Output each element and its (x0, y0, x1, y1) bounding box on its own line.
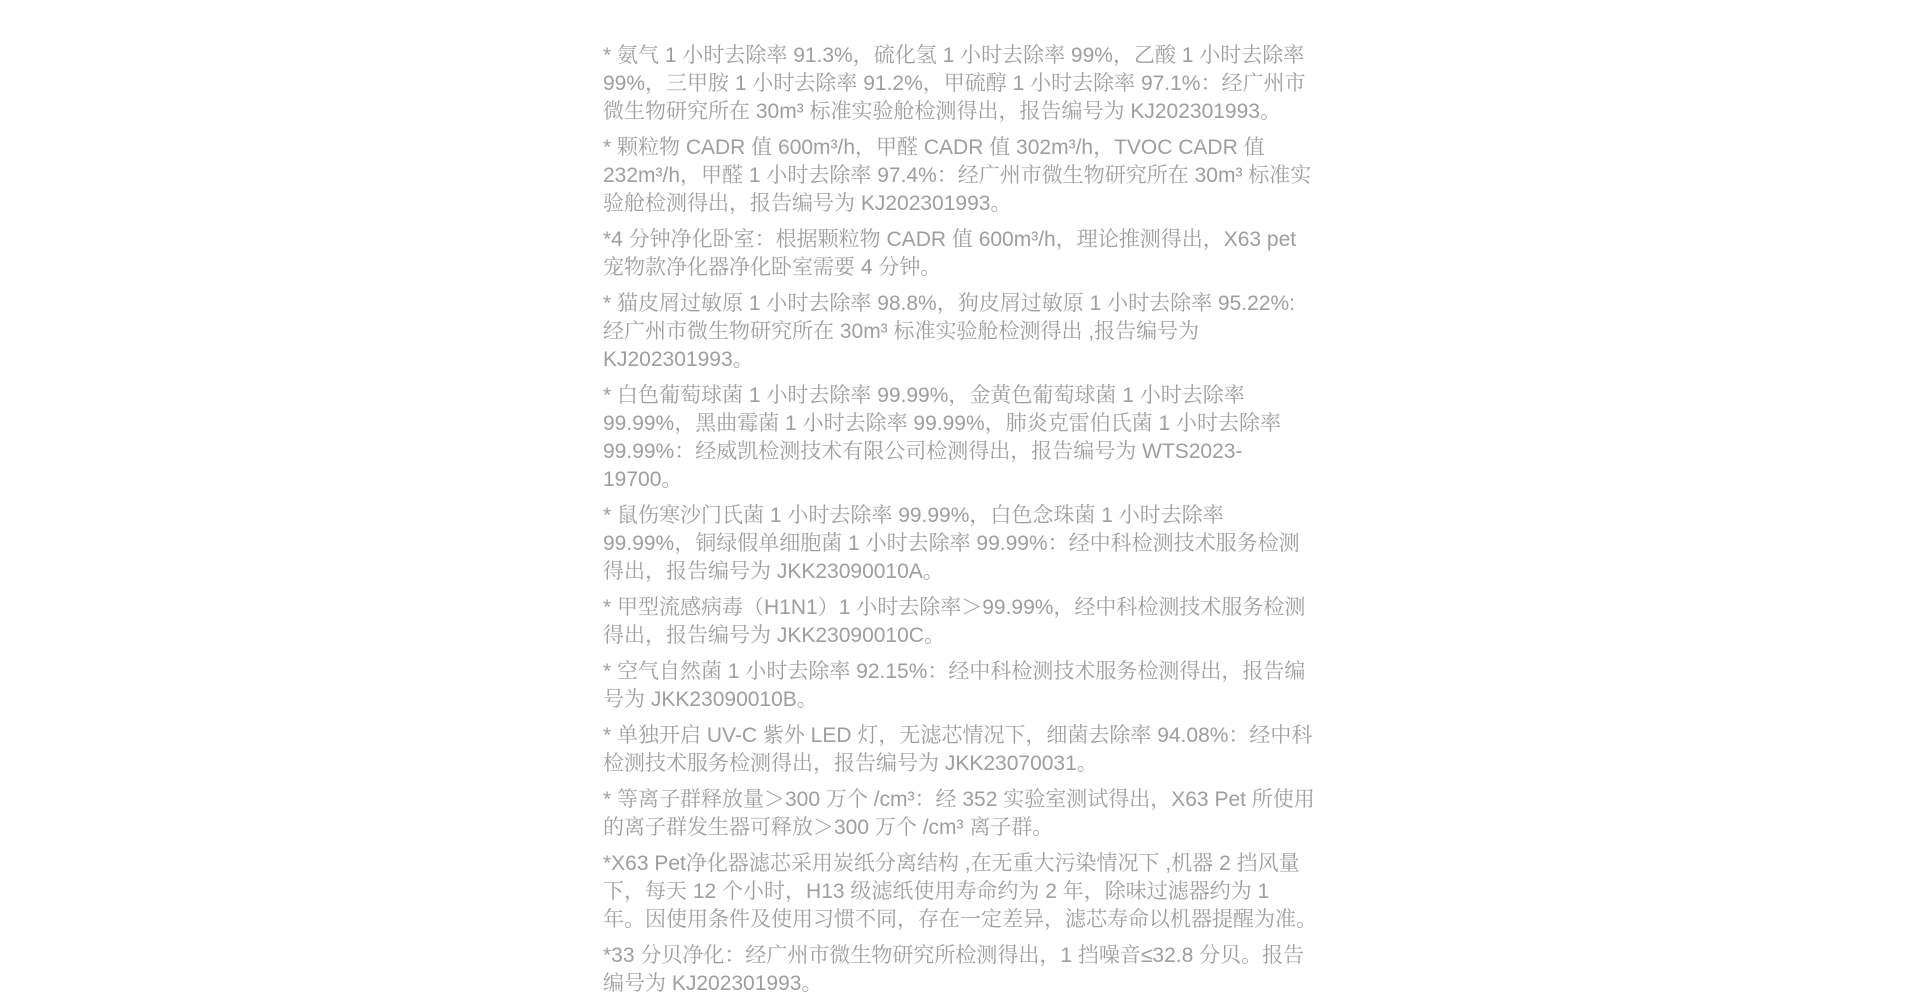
footnote-cadr-values: * 颗粒物 CADR 值 600m³/h，甲醛 CADR 值 302m³/h，T… (603, 134, 1317, 218)
footnote-bacteria-removal-2: * 鼠伤寒沙门氏菌 1 小时去除率 99.99%，白色念珠菌 1 小时去除率 9… (603, 502, 1317, 586)
footnote-noise-level: *33 分贝净化：经广州市微生物研究所检测得出，1 挡噪音≤32.8 分贝。报告… (603, 942, 1317, 994)
footnote-h1n1-virus: * 甲型流感病毒（H1N1）1 小时去除率＞99.99%，经中科检测技术服务检测… (603, 594, 1317, 650)
footnote-filter-lifespan: *X63 Pet净化器滤芯采用炭纸分离结构 ,在无重大污染情况下 ,机器 2 挡… (603, 850, 1317, 934)
product-disclaimer-page: * 氨气 1 小时去除率 91.3%，硫化氢 1 小时去除率 99%，乙酸 1 … (0, 0, 1920, 994)
footnote-4min-purify: *4 分钟净化卧室：根据颗粒物 CADR 值 600m³/h，理论推测得出，X6… (603, 226, 1317, 282)
footnote-ion-release: * 等离子群释放量＞300 万个 /cm³：经 352 实验室测试得出，X63 … (603, 786, 1317, 842)
footnote-bacteria-removal-1: * 白色葡萄球菌 1 小时去除率 99.99%，金黄色葡萄球菌 1 小时去除率 … (603, 382, 1317, 494)
footnote-dander-allergen: * 猫皮屑过敏原 1 小时去除率 98.8%，狗皮屑过敏原 1 小时去除率 95… (603, 290, 1317, 374)
footnote-natural-bacteria: * 空气自然菌 1 小时去除率 92.15%：经中科检测技术服务检测得出，报告编… (603, 658, 1317, 714)
footnote-ammonia-removal: * 氨气 1 小时去除率 91.3%，硫化氢 1 小时去除率 99%，乙酸 1 … (603, 42, 1317, 126)
footnote-uvc-led: * 单独开启 UV-C 紫外 LED 灯，无滤芯情况下，细菌去除率 94.08%… (603, 722, 1317, 778)
footnotes-section: * 氨气 1 小时去除率 91.3%，硫化氢 1 小时去除率 99%，乙酸 1 … (603, 0, 1317, 994)
